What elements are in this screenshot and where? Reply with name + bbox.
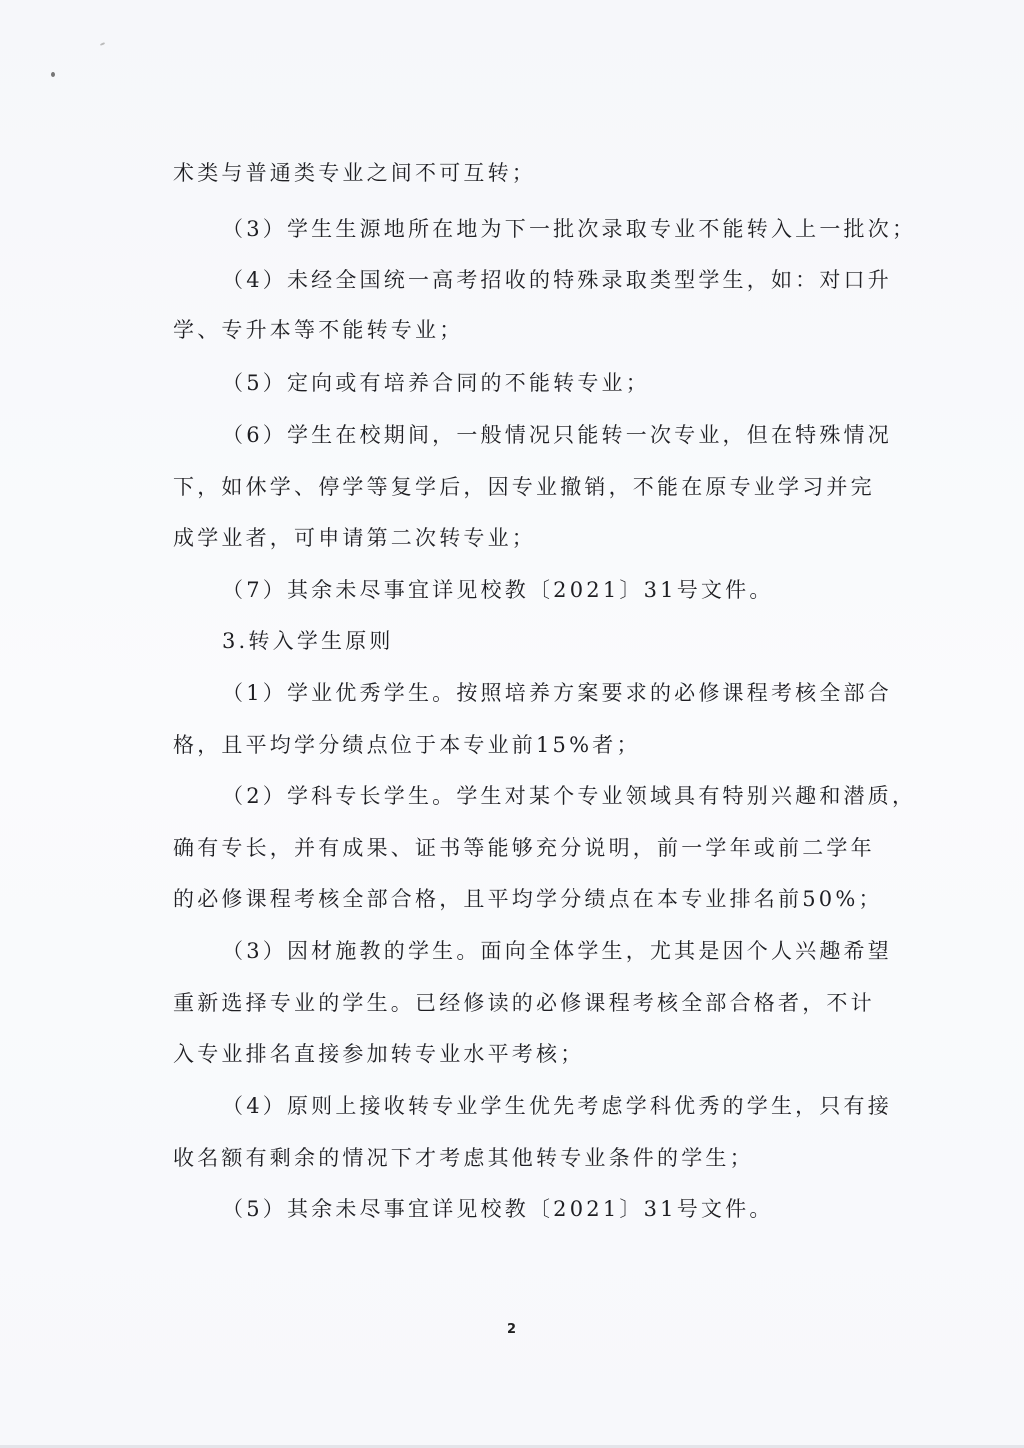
text-line: （1）学业优秀学生。按照培养方案要求的必修课程考核全部合 <box>222 683 892 704</box>
text-line: （3）因材施教的学生。面向全体学生，尤其是因个人兴趣希望 <box>222 941 892 962</box>
text-line: 重新选择专业的学生。已经修读的必修课程考核全部合格者，不计 <box>173 993 875 1014</box>
page-number: 2 <box>507 1322 516 1337</box>
document-page: 术类与普通类专业之间不可互转； （3）学生生源地所在地为下一批次录取专业不能转入… <box>0 0 1024 1448</box>
text-line: 确有专长，并有成果、证书等能够充分说明，前一学年或前二学年 <box>173 838 875 859</box>
scan-speck <box>100 42 105 46</box>
text-line: 格，且平均学分绩点位于本专业前15%者； <box>173 735 641 756</box>
text-line: 下，如休学、停学等复学后，因专业撤销，不能在原专业学习并完 <box>173 477 875 498</box>
text-line: 学、专升本等不能转专业； <box>173 320 463 341</box>
text-line: 入专业排名直接参加转专业水平考核； <box>173 1044 584 1065</box>
text-line: 的必修课程考核全部合格，且平均学分绩点在本专业排名前50%； <box>173 889 883 910</box>
text-line: （6）学生在校期间，一般情况只能转一次专业，但在特殊情况 <box>222 425 892 446</box>
text-line: （4）未经全国统一高考招收的特殊录取类型学生，如：对口升 <box>222 270 892 291</box>
text-line: 术类与普通类专业之间不可互转； <box>173 163 536 184</box>
text-line: 成学业者，可申请第二次转专业； <box>173 528 536 549</box>
text-line: 收名额有剩余的情况下才考虑其他转专业条件的学生； <box>173 1148 754 1169</box>
scan-speck <box>51 72 55 77</box>
text-line: （4）原则上接收转专业学生优先考虑学科优秀的学生，只有接 <box>222 1096 892 1117</box>
text-line: （5）其余未尽事宜详见校教〔2021〕31号文件。 <box>222 1199 774 1220</box>
text-line: （5）定向或有培养合同的不能转专业； <box>222 373 650 394</box>
text-line: （2）学科专长学生。学生对某个专业领域具有特别兴趣和潜质， <box>222 786 916 807</box>
text-line: （7）其余未尽事宜详见校教〔2021〕31号文件。 <box>222 580 774 601</box>
section-heading: 3.转入学生原则 <box>222 631 394 652</box>
text-line: （3）学生生源地所在地为下一批次录取专业不能转入上一批次； <box>222 219 916 240</box>
